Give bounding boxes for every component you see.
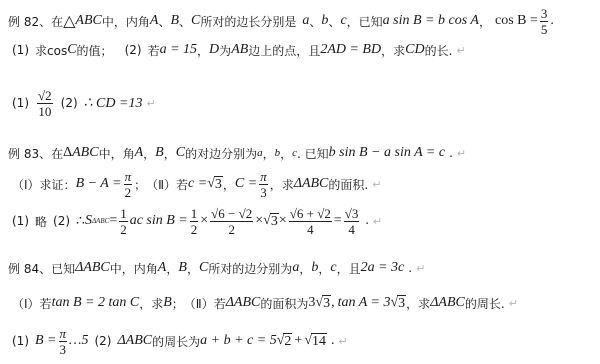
problem-82-questions: (1) 求cos C 的值； (2) 若 a = 15 ， D 为 AB 边上的… xyxy=(12,35,466,65)
fraction: 1 2 xyxy=(119,207,128,236)
fraction: π 2 xyxy=(124,170,133,199)
problem-82-statement: 例 82、 在 △ ABC 中，内角 A 、 B 、 C 所对的边长分别是 a … xyxy=(8,6,554,36)
sqrt: √3 xyxy=(315,295,331,312)
fraction: √2 10 xyxy=(37,89,53,118)
problem-label: 例 83、 xyxy=(8,145,51,162)
paragraph-mark-icon: ↵ xyxy=(339,335,348,348)
fraction: √6 − √2 2 xyxy=(210,207,253,236)
fraction: 3 5 xyxy=(540,7,549,36)
paragraph-mark-icon: ↵ xyxy=(416,262,425,275)
sqrt: √3 xyxy=(263,213,279,230)
sqrt: √3 xyxy=(207,176,223,193)
problem-83-statement: 例 83、 在 Δ ABC 中，角 A ， B ， C 的对边分别为 a ， b… xyxy=(8,138,466,168)
fraction: √6 + √2 4 xyxy=(289,207,332,236)
paragraph-mark-icon: ↵ xyxy=(146,97,155,110)
paragraph-mark-icon: ↵ xyxy=(457,147,466,160)
paragraph-mark-icon: ↵ xyxy=(373,215,382,228)
problem-84-answer: (1) B = π 3 …5 (2) ΔABC 的周长为 a + b + c =… xyxy=(12,322,348,360)
triangle-symbol: △ xyxy=(63,11,75,31)
fraction: √3 4 xyxy=(344,207,360,236)
equation: a sin B = b cos A xyxy=(383,13,479,29)
problem-84-questions: （Ⅰ） 若 tan B = 2 tan C ，求 B ； （Ⅱ） 若 ΔABC … xyxy=(12,288,518,318)
problem-label: 例 84、 xyxy=(8,260,51,277)
fraction: π 3 xyxy=(59,327,68,356)
paragraph-mark-icon: ↵ xyxy=(456,44,465,57)
problem-83-answer: (1) 略 (2) ∴ SΔABC = 1 2 ac sin B = 1 2 ×… xyxy=(12,203,382,239)
paragraph-mark-icon: ↵ xyxy=(509,297,518,310)
problem-83-questions: （Ⅰ） 求证： B − A = π 2 ； （Ⅱ） 若 c = √3 ， C =… xyxy=(12,167,381,201)
problem-label: 例 82、 xyxy=(8,13,51,30)
problem-82-answer: (1) √2 10 (2) ∴ CD =13 ↵ xyxy=(12,85,156,121)
sqrt: √3 xyxy=(390,295,406,312)
problem-84-statement: 例 84、 已知 ΔABC 中，内角 A ， B ， C 所对的边分别为 a ，… xyxy=(8,253,425,283)
sqrt: √14 xyxy=(304,333,327,350)
fraction: π 3 xyxy=(259,170,268,199)
sqrt: √2 xyxy=(277,333,293,350)
fraction: 1 2 xyxy=(190,207,199,236)
paragraph-mark-icon: ↵ xyxy=(372,178,381,191)
